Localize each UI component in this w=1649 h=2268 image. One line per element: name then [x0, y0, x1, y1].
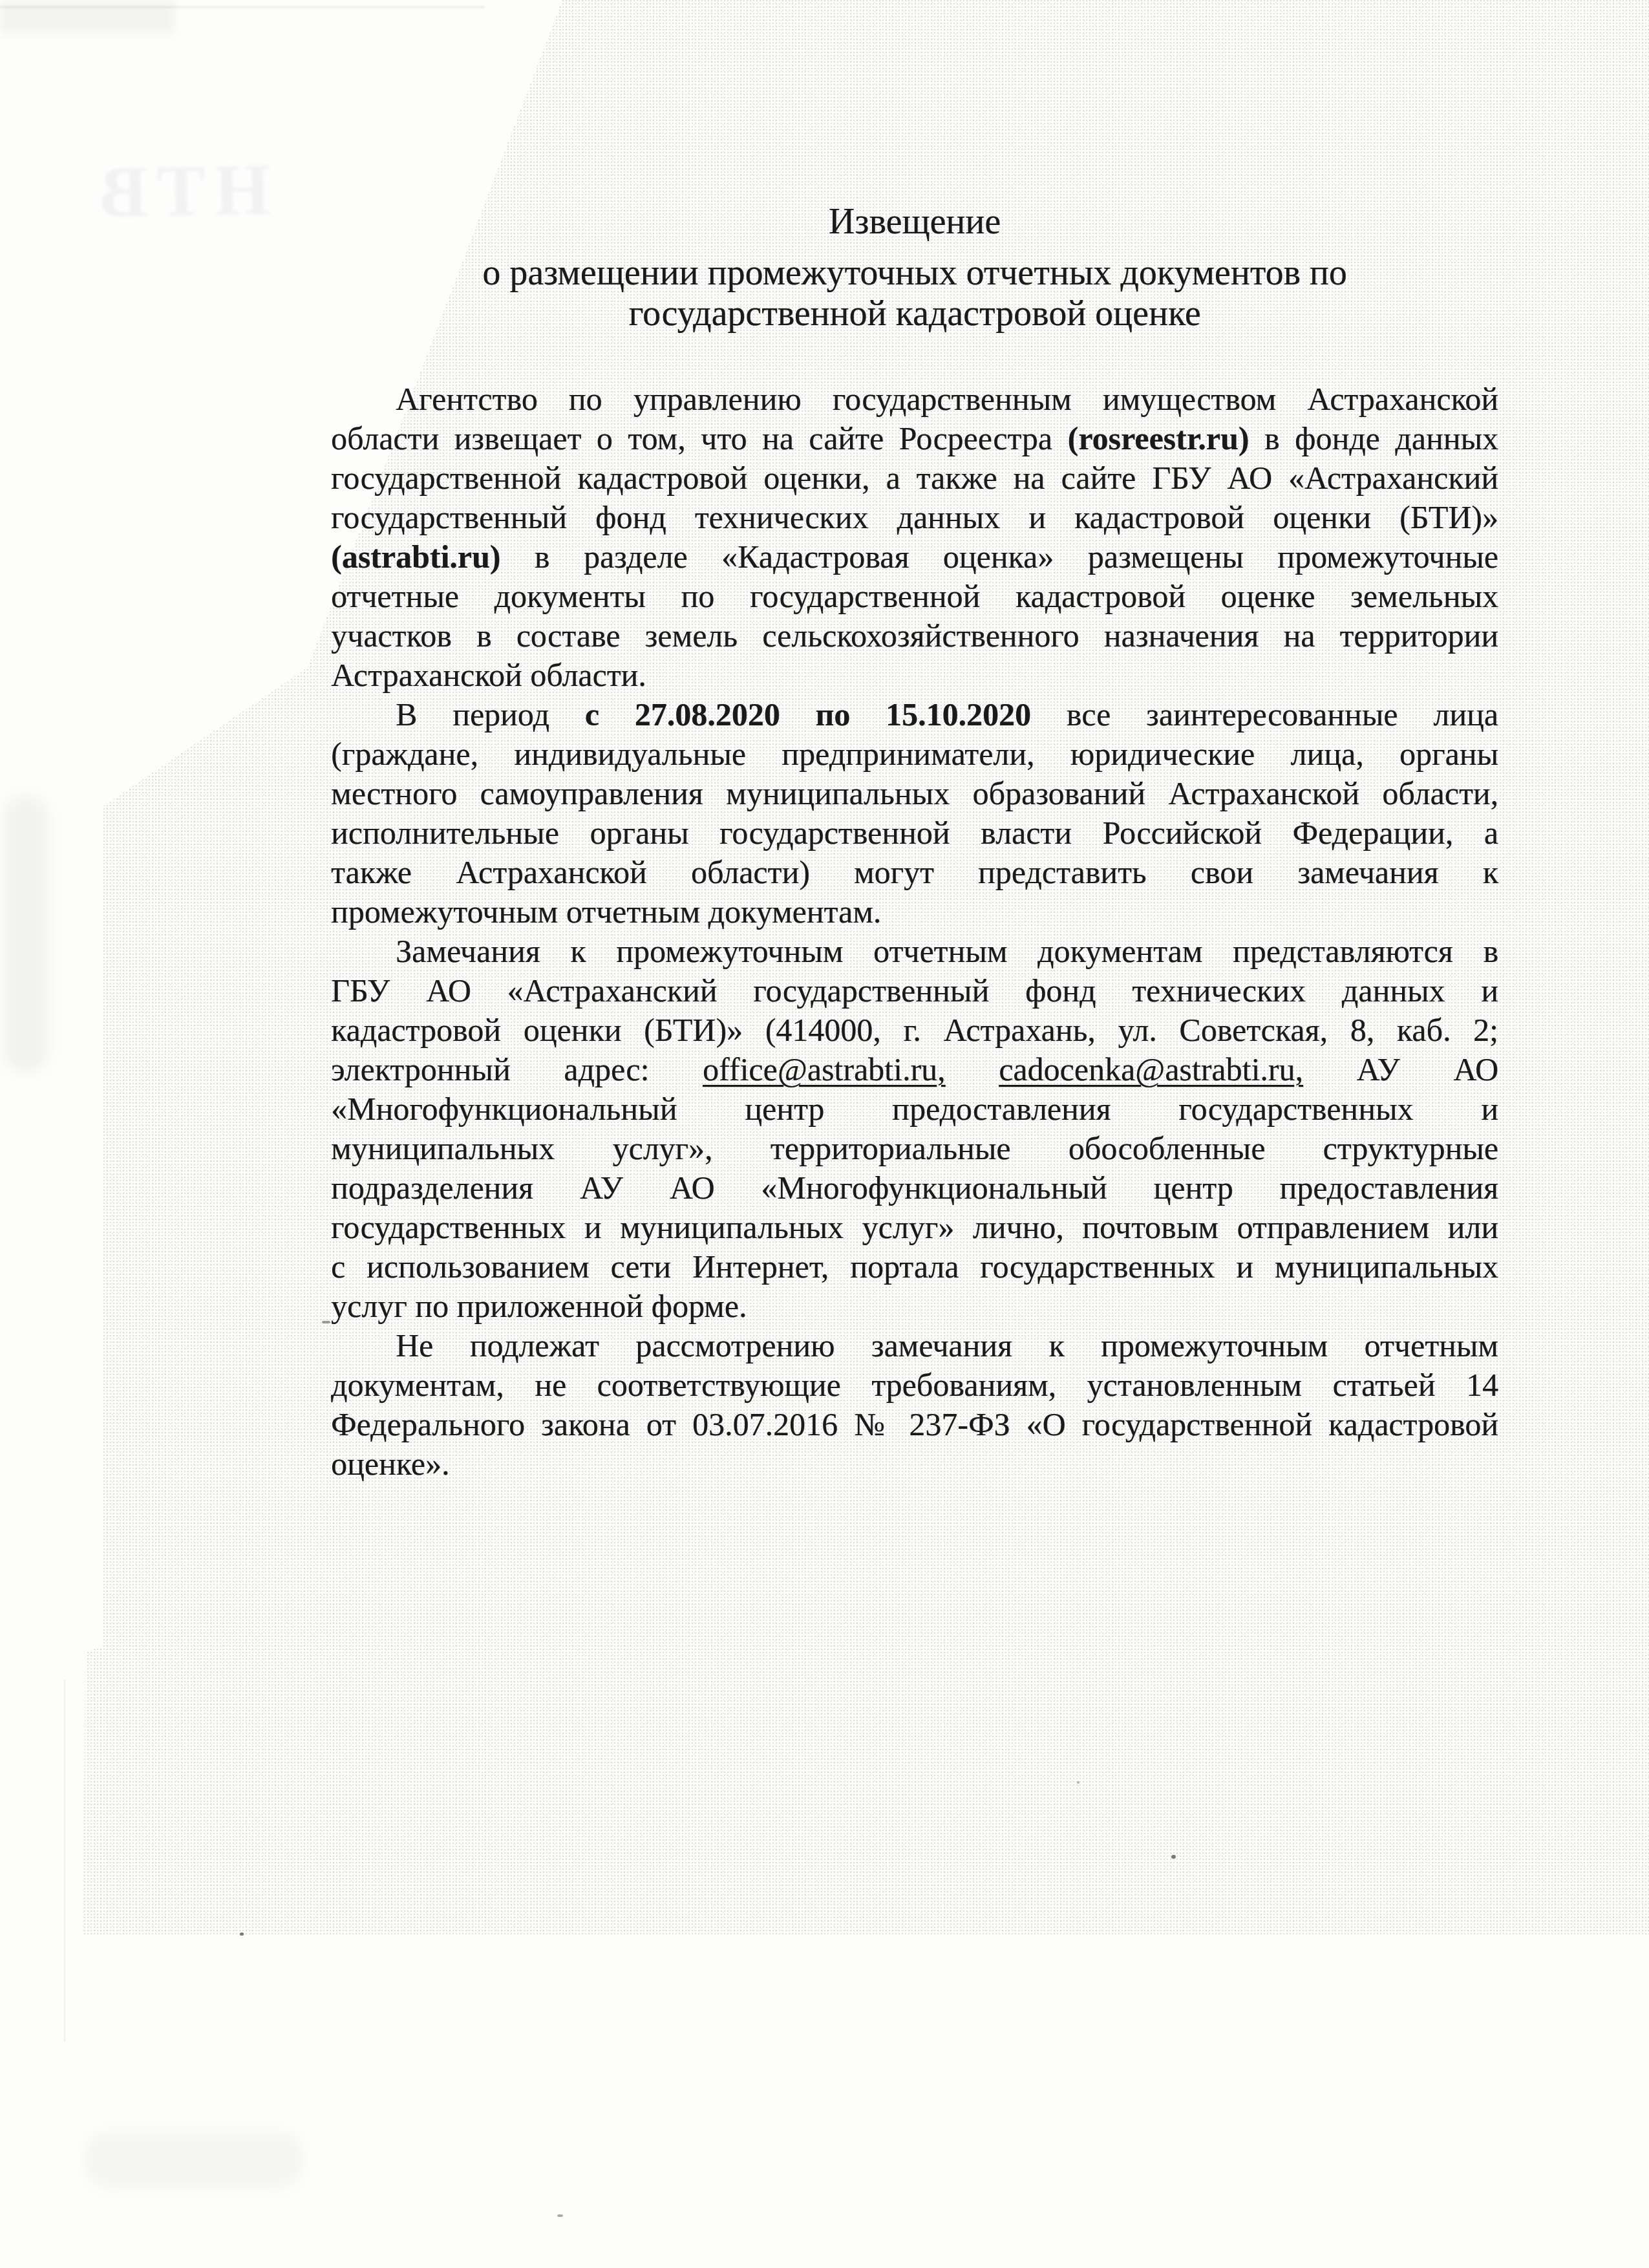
scan-smudge-top-left-corner: [0, 0, 175, 34]
text-line: услуг по приложенной форме.: [331, 1287, 1498, 1326]
text-line: Замечания к промежуточным отчетным докум…: [331, 932, 1498, 971]
document-subtitle-line-2: государственной кадастровой оценке: [331, 294, 1498, 334]
text-line: государственных и муниципальных услуг» л…: [331, 1208, 1498, 1247]
text-segment: также Астраханской области) могут предст…: [331, 854, 1498, 890]
text-line: муниципальных услуг», территориальные об…: [331, 1129, 1498, 1168]
text-segment: (граждане, индивидуальные предпринимател…: [331, 736, 1498, 772]
scan-speck: [240, 1932, 244, 1936]
email-text: cadocenka@astrabti.ru,: [999, 1051, 1303, 1087]
text-segment: [946, 1051, 999, 1087]
text-segment: государственных и муниципальных услуг» л…: [331, 1209, 1498, 1245]
text-segment: Не подлежат рассмотрению замечания к про…: [396, 1327, 1498, 1364]
text-line: В период с 27.08.2020 по 15.10.2020 все …: [331, 695, 1498, 734]
text-line: (astrabti.ru) в разделе «Кадастровая оце…: [331, 537, 1498, 577]
text-line: Не подлежат рассмотрению замечания к про…: [331, 1326, 1498, 1365]
text-line: исполнительные органы государственной вл…: [331, 813, 1498, 853]
text-line: отчетные документы по государственной ка…: [331, 577, 1498, 616]
text-segment: кадастровой оценки (БТИ)» (414000, г. Ас…: [331, 1012, 1498, 1048]
text-line: государственный фонд технических данных …: [331, 498, 1498, 537]
text-line: (граждане, индивидуальные предпринимател…: [331, 734, 1498, 774]
text-line: области извещает о том, что на сайте Рос…: [331, 419, 1498, 458]
text-line: промежуточным отчетным документам.: [331, 892, 1498, 932]
text-segment: области извещает о том, что на сайте Рос…: [331, 420, 1068, 456]
text-line: участков в составе земель сельскохозяйст…: [331, 616, 1498, 656]
scan-smudge-left-edge: [3, 795, 49, 1073]
text-segment: (rosreestr.ru): [1068, 420, 1250, 456]
text-line: электронный адрес: office@astrabti.ru, c…: [331, 1050, 1498, 1089]
text-line: документам, не соответствующие требовани…: [331, 1365, 1498, 1405]
text-line: Агентство по управлению государственным …: [331, 380, 1498, 419]
text-segment: Замечания к промежуточным отчетным докум…: [396, 933, 1498, 969]
text-segment: Агентство по управлению государственным …: [396, 381, 1498, 417]
text-line: кадастровой оценки (БТИ)» (414000, г. Ас…: [331, 1011, 1498, 1050]
bleedthrough-watermark: НТВ: [90, 149, 271, 235]
text-segment: государственный фонд технических данных …: [331, 499, 1498, 535]
text-segment: все заинтересованные лица: [1031, 696, 1498, 733]
text-segment: промежуточным отчетным документам.: [331, 893, 881, 930]
scan-smudge-bottom-left: [84, 2131, 304, 2189]
text-line: ГБУ АО «Астраханский государственный фон…: [331, 971, 1498, 1011]
text-segment: В период: [396, 696, 585, 733]
text-segment: в разделе «Кадастровая оценка» размещены…: [500, 539, 1498, 575]
text-segment: отчетные документы по государственной ка…: [331, 578, 1498, 614]
text-segment: подразделения АУ АО «Многофункциональный…: [331, 1170, 1498, 1206]
text-line: государственной кадастровой оценки, а та…: [331, 458, 1498, 498]
text-line: «Многофункциональный центр предоставлени…: [331, 1089, 1498, 1129]
text-segment: государственной кадастровой оценки, а та…: [331, 460, 1498, 496]
text-segment: документам, не соответствующие требовани…: [331, 1367, 1498, 1403]
text-segment: с использованием сети Интернет, портала …: [331, 1248, 1498, 1285]
document-body: Агентство по управлению государственным …: [331, 380, 1498, 1484]
text-line: с использованием сети Интернет, портала …: [331, 1247, 1498, 1287]
text-segment: с 27.08.2020 по 15.10.2020: [585, 696, 1031, 733]
text-line: оценке».: [331, 1444, 1498, 1484]
scan-smudge-top-edge-line: [0, 6, 485, 8]
email-text: office@astrabti.ru,: [703, 1051, 946, 1087]
text-segment: в фонде данных: [1249, 420, 1498, 456]
text-line: также Астраханской области) могут предст…: [331, 853, 1498, 892]
text-segment: оценке».: [331, 1446, 449, 1482]
document-content: Извещение о размещении промежуточных отч…: [331, 202, 1498, 1484]
text-line: местного самоуправления муниципальных об…: [331, 774, 1498, 813]
text-segment: исполнительные органы государственной вл…: [331, 815, 1498, 851]
scan-smudge-left-line: [64, 1680, 65, 2042]
scan-speck: [1171, 1855, 1176, 1859]
text-segment: (astrabti.ru): [331, 539, 500, 575]
scan-speck: [557, 2214, 563, 2217]
text-segment: услуг по приложенной форме.: [331, 1288, 747, 1324]
text-segment: местного самоуправления муниципальных об…: [331, 775, 1498, 811]
scan-speck: [322, 1321, 330, 1323]
scanned-document-page: НТВ Извещение о размещении промежуточных…: [0, 0, 1649, 2268]
text-segment: электронный адрес:: [331, 1051, 703, 1087]
document-subtitle-line-1: о размещении промежуточных отчетных доку…: [331, 253, 1498, 294]
text-segment: Астраханской области.: [331, 657, 646, 693]
text-segment: муниципальных услуг», территориальные об…: [331, 1130, 1498, 1166]
text-line: подразделения АУ АО «Многофункциональный…: [331, 1168, 1498, 1208]
text-line: Астраханской области.: [331, 656, 1498, 695]
text-segment: участков в составе земель сельскохозяйст…: [331, 617, 1498, 654]
scan-speck: [1077, 1781, 1080, 1784]
text-segment: Федерального закона от 03.07.2016 № 237-…: [331, 1406, 1498, 1442]
text-segment: ГБУ АО «Астраханский государственный фон…: [331, 972, 1498, 1009]
text-segment: АУ АО: [1303, 1051, 1498, 1087]
text-line: Федерального закона от 03.07.2016 № 237-…: [331, 1405, 1498, 1444]
text-segment: «Многофункциональный центр предоставлени…: [331, 1091, 1498, 1127]
document-title: Извещение: [331, 202, 1498, 242]
